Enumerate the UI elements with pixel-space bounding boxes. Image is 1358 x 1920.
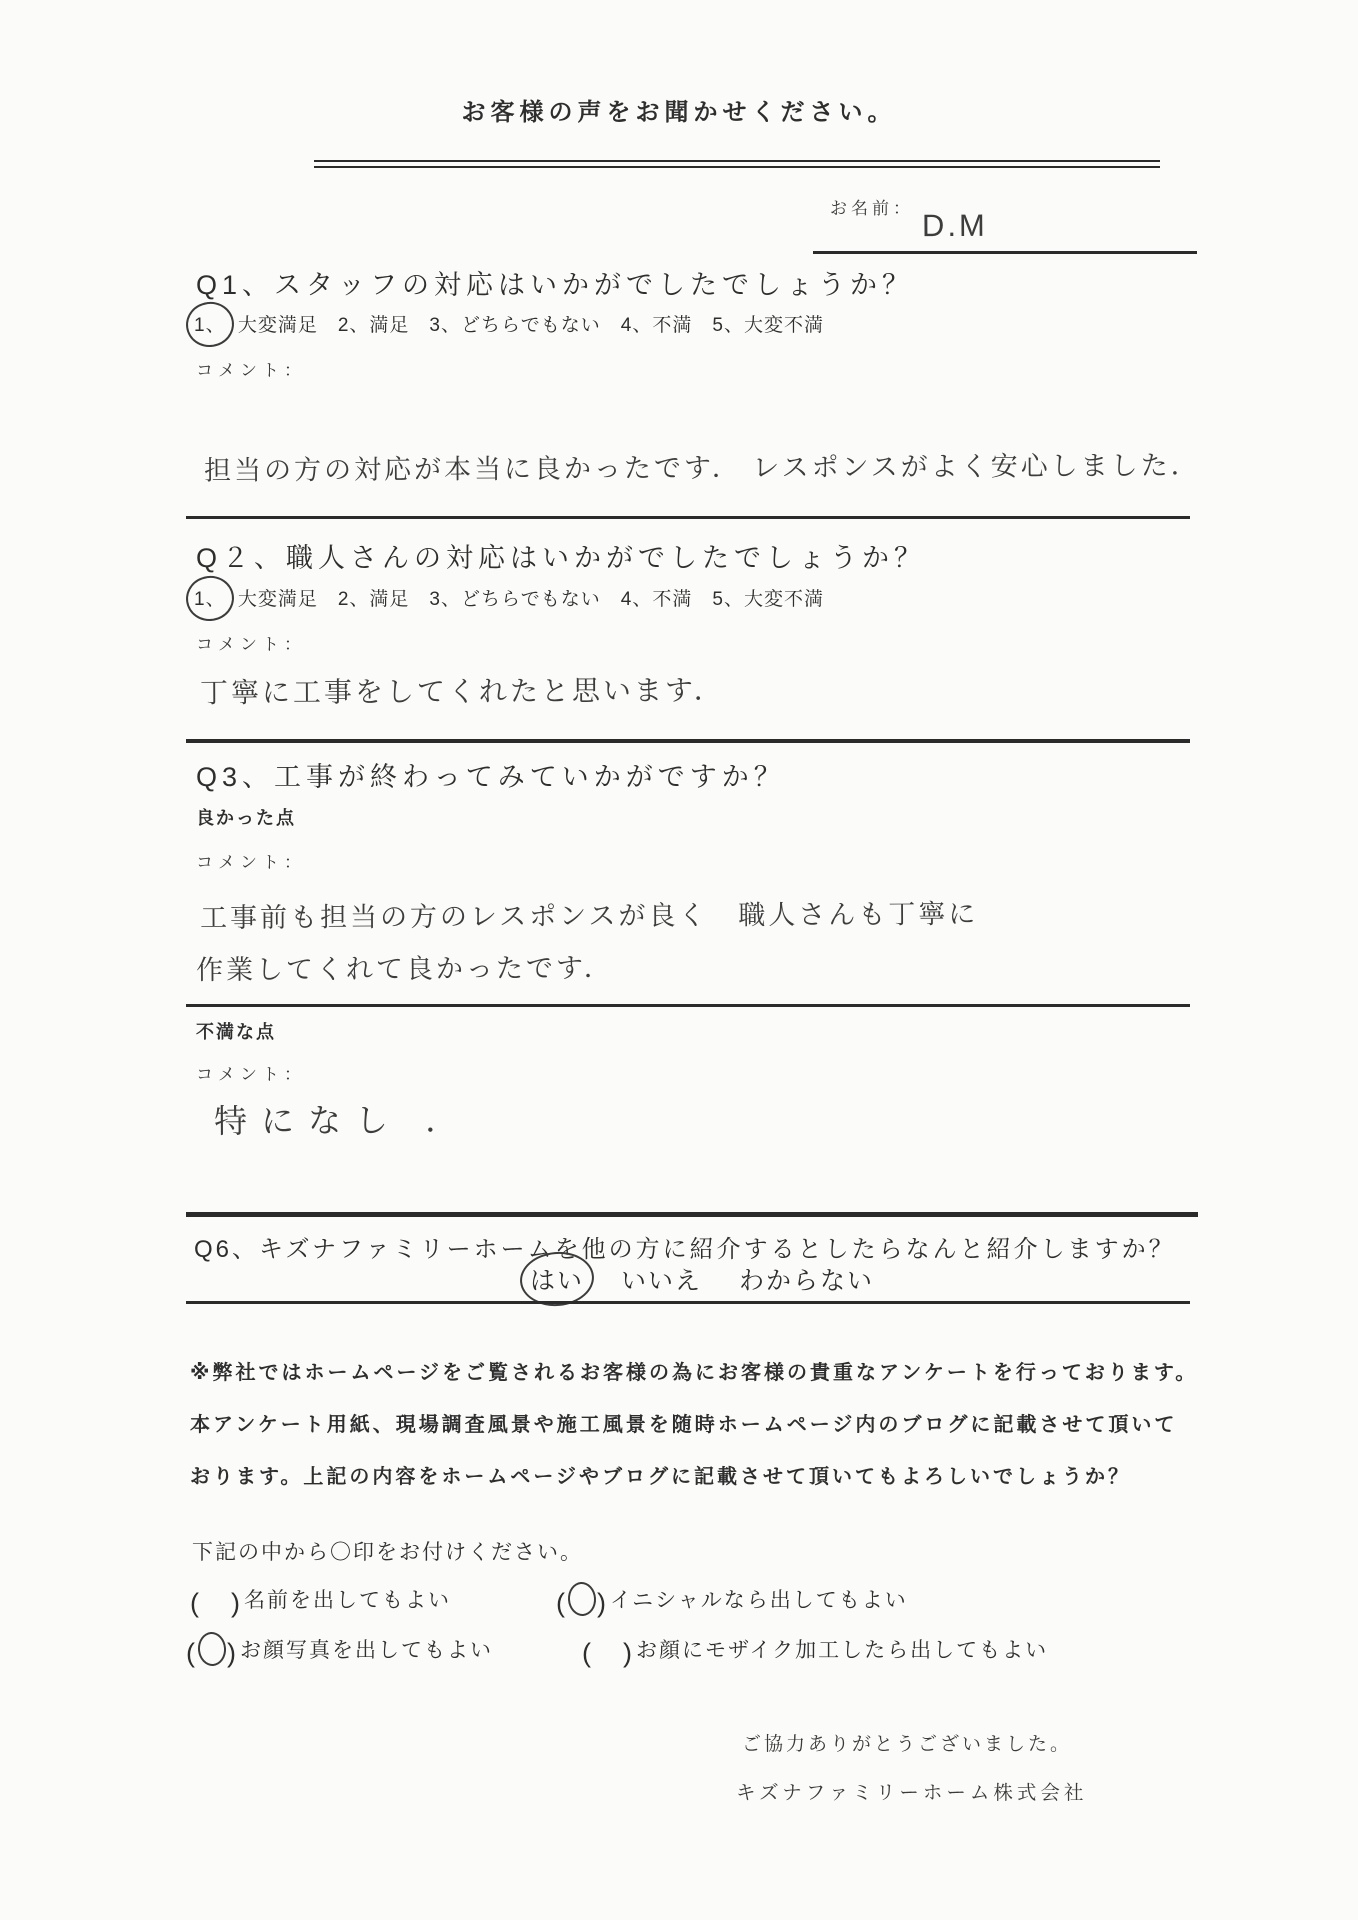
q6-option-yes: はい	[530, 1261, 584, 1297]
q1-options: 1、 大変満足 2、満足 3、どちらでもない 4、不満 5、大変不満	[190, 308, 824, 339]
name-field-value-handwritten: D.M	[922, 208, 988, 244]
publication-notice-line2: 本アンケート用紙、現場調査風景や施工風景を随時ホームページ内のブログに記載させて…	[190, 1408, 1177, 1437]
consent-option-face-photo: ()お顔写真を出してもよい	[186, 1632, 493, 1669]
section-divider	[186, 1004, 1190, 1007]
hand-drawn-circle-mark	[567, 1581, 597, 1617]
close-paren: )	[227, 1638, 238, 1668]
q3-good-comment-handwritten-line1: 工事前も担当の方のレスポンスが良く 職人さんも丁寧に	[200, 892, 979, 935]
q3-bad-points-label: 不満な点	[196, 1018, 276, 1044]
scanned-survey-document: お客様の声をお聞かせください。 お名前： D.M Q1、スタッフの対応はいかがで…	[0, 0, 1358, 1920]
circle-instruction: 下記の中から〇印をお付けください。	[192, 1536, 583, 1566]
q6-option-no: いいえ	[621, 1261, 702, 1297]
q2-selected-option: 1、	[190, 582, 232, 613]
q1-selected-option: 1、	[190, 308, 232, 339]
close-paren: )	[231, 1588, 242, 1618]
open-paren: (	[556, 1588, 567, 1618]
q3-good-points-label: 良かった点	[196, 804, 296, 830]
q6-option-unsure: わからない	[739, 1261, 874, 1297]
q6-heading: Q6、キズナファミリーホームを他の方に紹介するとしたらなんと紹介しますか？	[194, 1229, 1176, 1264]
q2-heading: Q２、職人さんの対応はいかがでしたでしょうか？	[196, 536, 926, 575]
section-divider-thick	[186, 1212, 1198, 1217]
q3-bad-comment-handwritten: 特になし ．	[214, 1094, 472, 1142]
consent-option-name: ()名前を出してもよい	[190, 1582, 451, 1619]
q1-comment-handwritten: 担当の方の対応が本当に良かったです． レスポンスがよく安心しました．	[204, 443, 1201, 487]
hand-drawn-circle-mark	[197, 1631, 227, 1667]
q1-options-rest: 大変満足 2、満足 3、どちらでもない 4、不満 5、大変不満	[238, 315, 824, 336]
consent-option-mosaic-label: お顔にモザイク加工したら出してもよい	[636, 1639, 1048, 1662]
q2-comment-handwritten: 丁寧に工事をしてくれたと思います．	[200, 669, 725, 712]
name-field-underline	[813, 251, 1197, 254]
consent-option-name-label: 名前を出してもよい	[244, 1589, 451, 1612]
thank-you-text: ご協力ありがとうございました。	[742, 1729, 1072, 1756]
publication-notice-line3: おります。上記の内容をホームページやブログに記載させて頂いてもよろしいでしょうか…	[190, 1460, 1131, 1489]
company-name: キズナファミリーホーム株式会社	[736, 1777, 1087, 1805]
hand-drawn-circle-mark	[183, 573, 236, 624]
hand-drawn-circle-mark	[183, 299, 236, 350]
consent-option-initials-label: イニシャルなら出してもよい	[610, 1589, 908, 1612]
consent-option-face-photo-label: お顔写真を出してもよい	[240, 1639, 493, 1662]
q3-good-comment-handwritten-line2: 作業してくれて良かったです．	[196, 946, 614, 987]
publication-notice-line1: ※弊社ではホームページをご覧されるお客様の為にお客様の貴重なアンケートを行ってお…	[190, 1356, 1198, 1385]
q6-option-unsure-label: わからない	[739, 1267, 874, 1295]
q6-options: はい いいえ わからない	[530, 1261, 902, 1297]
open-paren: (	[186, 1638, 197, 1668]
close-paren: )	[623, 1638, 634, 1668]
page-title: お客様の声をお聞かせください。	[0, 92, 1358, 127]
q3-bad-comment-label: コメント：	[196, 1060, 306, 1085]
q3-heading: Q3、工事が終わってみていかがですか？	[196, 755, 786, 794]
section-divider	[186, 516, 1190, 519]
q1-comment-label: コメント：	[196, 356, 306, 381]
close-paren: )	[597, 1588, 608, 1618]
q1-heading: Q1、スタッフの対応はいかがでしたでしょうか？	[196, 263, 914, 302]
open-paren: (	[190, 1588, 201, 1618]
q2-options-rest: 大変満足 2、満足 3、どちらでもない 4、不満 5、大変不満	[238, 589, 824, 610]
open-paren: (	[582, 1638, 593, 1668]
section-divider	[186, 1301, 1190, 1304]
q2-comment-label: コメント：	[196, 630, 306, 655]
title-divider	[314, 160, 1160, 168]
consent-option-mosaic: ()お顔にモザイク加工したら出してもよい	[582, 1632, 1048, 1669]
q6-option-no-label: いいえ	[621, 1267, 702, 1295]
section-divider	[186, 739, 1190, 743]
consent-option-initials: ()イニシャルなら出してもよい	[556, 1582, 908, 1619]
q2-options: 1、 大変満足 2、満足 3、どちらでもない 4、不満 5、大変不満	[190, 582, 824, 613]
name-field-label: お名前：	[830, 194, 914, 219]
q3-good-comment-label: コメント：	[196, 848, 306, 873]
